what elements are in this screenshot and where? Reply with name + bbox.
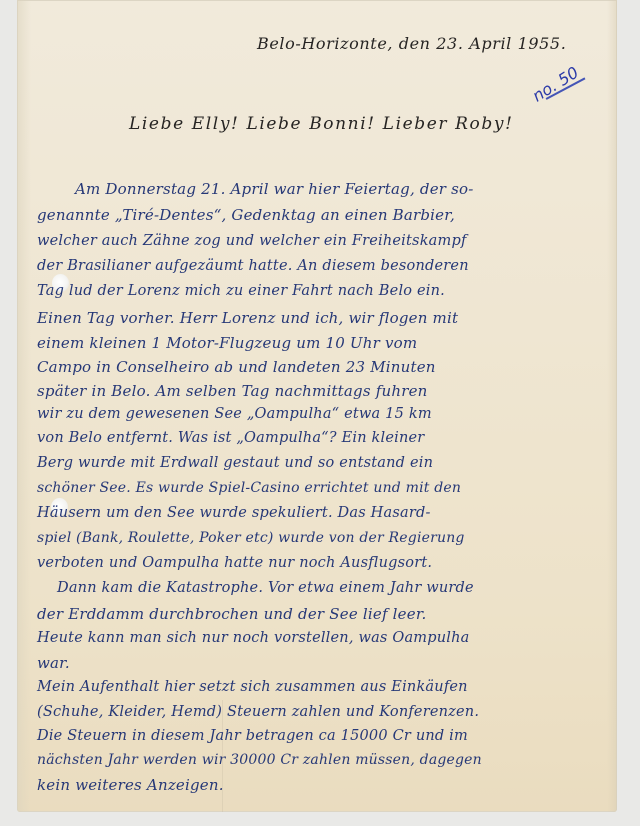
body-line: Berg wurde mit Erdwall gestaut und so en… xyxy=(37,455,433,471)
body-line: von Belo entfernt. Was ist „Oampulha“? E… xyxy=(37,430,424,446)
body-line: (Schuhe, Kleider, Hemd) Steuern zahlen u… xyxy=(37,704,479,720)
body-line: der Brasilianer aufgezäumt hatte. An die… xyxy=(37,258,469,274)
body-line: Tag lud der Lorenz mich zu einer Fahrt n… xyxy=(37,283,445,299)
body-line: nächsten Jahr werden wir 30000 Cr zahlen… xyxy=(37,752,482,768)
body-line: Mein Aufenthalt hier setzt sich zusammen… xyxy=(37,679,468,695)
body-line: Campo in Conselheiro ab und landeten 23 … xyxy=(37,358,436,376)
body-line: spiel (Bank, Roulette, Poker etc) wurde … xyxy=(37,530,465,546)
body-line: Die Steuern in diesem Jahr betragen ca 1… xyxy=(37,728,468,744)
body-line: Am Donnerstag 21. April war hier Feierta… xyxy=(75,180,474,198)
body-line: genannte „Tiré-Dentes“, Gedenktag an ein… xyxy=(37,206,455,224)
body-line: Häusern um den See wurde spekuliert. Das… xyxy=(37,505,431,521)
place-date: Belo-Horizonte, den 23. April 1955. xyxy=(257,34,566,53)
body-line: der Erddamm durchbrochen und der See lie… xyxy=(37,605,427,623)
salutation: Liebe Elly! Liebe Bonni! Lieber Roby! xyxy=(129,114,514,134)
letter-page: Belo-Horizonte, den 23. April 1955. no. … xyxy=(17,0,617,812)
body-line: Heute kann man sich nur noch vorstellen,… xyxy=(37,630,470,646)
body-line: war. xyxy=(37,654,70,672)
body-line: einem kleinen 1 Motor-Flugzeug um 10 Uhr… xyxy=(37,334,417,352)
body-line: welcher auch Zähne zog und welcher ein F… xyxy=(37,233,467,249)
body-line: verboten und Oampulha hatte nur noch Aus… xyxy=(37,555,432,571)
body-line: Dann kam die Katastrophe. Vor etwa einem… xyxy=(57,580,474,596)
body-line: kein weiteres Anzeigen. xyxy=(37,776,224,794)
body-line: schöner See. Es wurde Spiel-Casino erric… xyxy=(37,480,461,496)
body-line: wir zu dem gewesenen See „Oampulha“ etwa… xyxy=(37,406,432,422)
body-line: später in Belo. Am selben Tag nachmittag… xyxy=(37,382,428,400)
body-line: Einen Tag vorher. Herr Lorenz und ich, w… xyxy=(37,309,458,327)
